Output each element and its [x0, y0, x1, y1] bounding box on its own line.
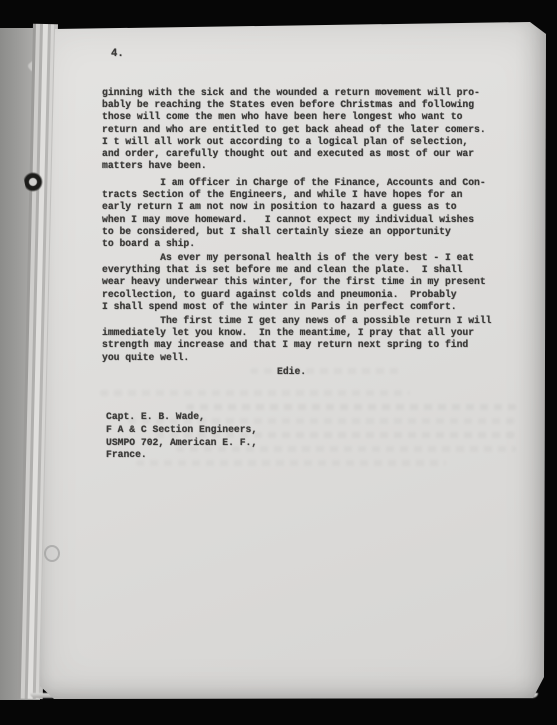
letter-paragraph-1: ginning with the sick and the wounded a … [102, 87, 486, 172]
hole-punch-ring [44, 545, 60, 562]
letter-page: 4. ginning with the sick and the wounded… [36, 22, 546, 699]
bleed-through-smudge [250, 368, 400, 374]
page-number: 4. [111, 48, 124, 60]
letter-paragraph-4: The first time I get any news of a possi… [102, 315, 492, 364]
letter-paragraph-2: I am Officer in Charge of the Finance, A… [102, 177, 486, 250]
letter-paragraph-3: As ever my personal health is of the ver… [102, 252, 486, 313]
bleed-through-smudge [186, 404, 516, 410]
scanned-letter-screenshot: 4. ginning with the sick and the wounded… [0, 0, 557, 725]
signature: Edie. [277, 366, 306, 378]
sender-address-block: Capt. E. B. Wade, F A & C Section Engine… [106, 411, 257, 462]
bleed-through-smudge [100, 390, 410, 396]
